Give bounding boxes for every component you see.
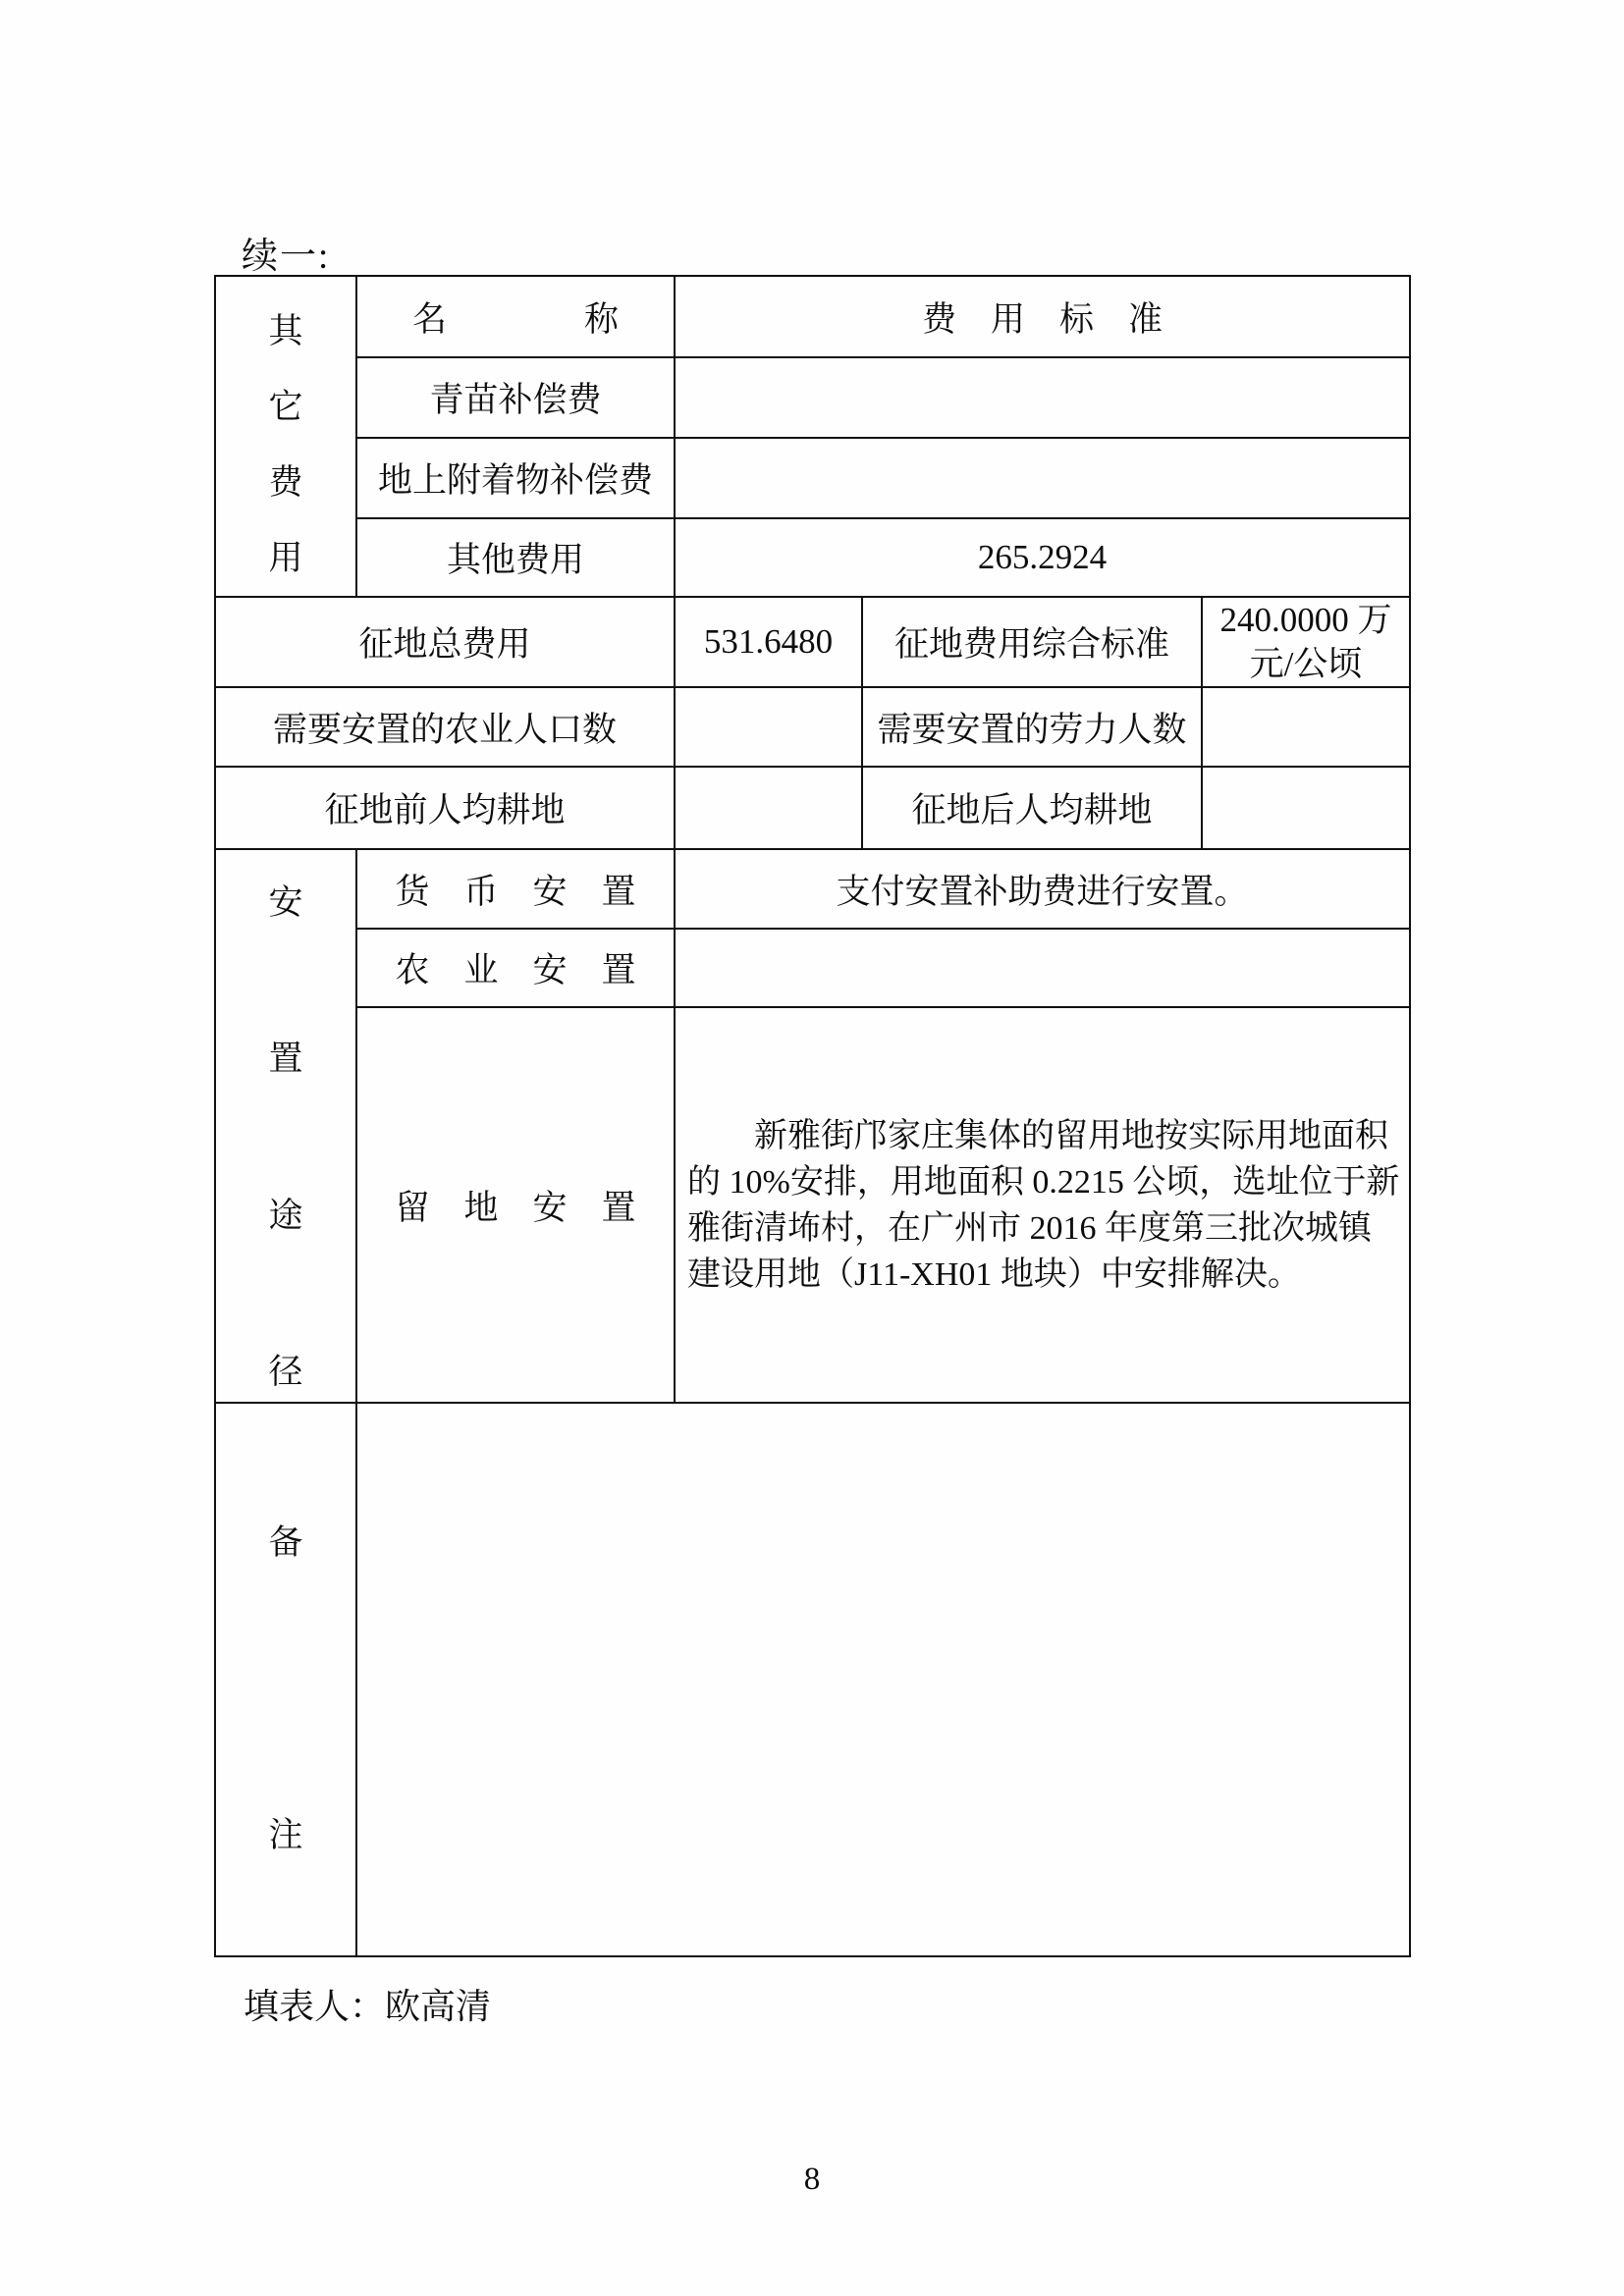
- attachments-compensation-value-cell: [675, 438, 1410, 518]
- page-number: 8: [0, 2162, 1624, 2198]
- resettlement-char-4: 径: [268, 1345, 302, 1394]
- other-fees-char-3: 费: [268, 455, 302, 505]
- crop-compensation-label-cell: 青苗补偿费: [356, 357, 675, 438]
- attachments-compensation-label-cell: 地上附着物补偿费: [356, 438, 675, 518]
- reserved-land-paragraph: 新雅街邝家庄集体的留用地按实际用地面积的 10%安排，用地面积 0.2215 公…: [676, 1113, 1409, 1298]
- remarks-char-1: 备: [268, 1516, 302, 1565]
- comprehensive-standard-label-cell: 征地费用综合标准: [862, 597, 1202, 687]
- other-fees-char-1: 其: [268, 304, 302, 353]
- monetary-resettlement-content-cell: 支付安置补助费进行安置。: [675, 849, 1410, 929]
- labor-count-label-cell: 需要安置的劳力人数: [862, 687, 1202, 767]
- crop-compensation-value-cell: [675, 357, 1410, 438]
- comprehensive-standard-value-cell: 240.0000 万元/公顷: [1202, 597, 1410, 687]
- resettlement-vertical-label: 安 置 途 径: [216, 852, 355, 1400]
- continuation-note: 续一:: [242, 226, 330, 279]
- per-capita-after-label-cell: 征地后人均耕地: [862, 767, 1202, 849]
- labor-count-value-cell: [1202, 687, 1410, 767]
- misc-fee-value-cell: 265.2924: [675, 518, 1410, 597]
- document-page: 续一: 其 它 费 用 名 称 费 用 标 准 青苗补偿费: [0, 0, 1624, 2296]
- remarks-vertical-label-cell: 备 注: [215, 1403, 356, 1956]
- land-expropriation-fee-table: 其 它 费 用 名 称 费 用 标 准 青苗补偿费 地上附着物补偿费 其他费用 …: [214, 275, 1411, 1957]
- remarks-vertical-label: 备 注: [216, 1406, 355, 1953]
- remarks-char-2: 注: [268, 1808, 302, 1857]
- reserved-land-resettlement-content-cell: 新雅街邝家庄集体的留用地按实际用地面积的 10%安排，用地面积 0.2215 公…: [675, 1007, 1410, 1403]
- monetary-resettlement-label-cell: 货 币 安 置: [356, 849, 675, 929]
- form-filler-name: 欧高清: [385, 1987, 491, 2026]
- remarks-content-cell: [356, 1403, 1410, 1956]
- other-fees-char-2: 它: [268, 380, 302, 429]
- agri-population-label-cell: 需要安置的农业人口数: [215, 687, 675, 767]
- fee-standard-header-cell: 费 用 标 准: [675, 276, 1410, 357]
- agri-population-value-cell: [675, 687, 862, 767]
- other-fees-vertical-label: 其 它 费 用: [216, 279, 355, 594]
- resettlement-vertical-label-cell: 安 置 途 径: [215, 849, 356, 1403]
- resettlement-char-3: 途: [268, 1189, 302, 1238]
- form-filler-label: 填表人：: [244, 1987, 385, 2026]
- total-fee-label-cell: 征地总费用: [215, 597, 675, 687]
- agricultural-resettlement-content-cell: [675, 929, 1410, 1007]
- agricultural-resettlement-label-cell: 农 业 安 置: [356, 929, 675, 1007]
- name-header-cell: 名 称: [356, 276, 675, 357]
- per-capita-after-value-cell: [1202, 767, 1410, 849]
- other-fees-vertical-label-cell: 其 它 费 用: [215, 276, 356, 597]
- form-filler-line: 填表人：欧高清: [244, 1979, 491, 2029]
- other-fees-char-4: 用: [268, 531, 302, 580]
- misc-fee-label-cell: 其他费用: [356, 518, 675, 597]
- per-capita-before-value-cell: [675, 767, 862, 849]
- resettlement-char-1: 安: [268, 876, 302, 925]
- total-fee-value-cell: 531.6480: [675, 597, 862, 687]
- reserved-land-resettlement-label-cell: 留 地 安 置: [356, 1007, 675, 1403]
- per-capita-before-label-cell: 征地前人均耕地: [215, 767, 675, 849]
- resettlement-char-2: 置: [268, 1032, 302, 1081]
